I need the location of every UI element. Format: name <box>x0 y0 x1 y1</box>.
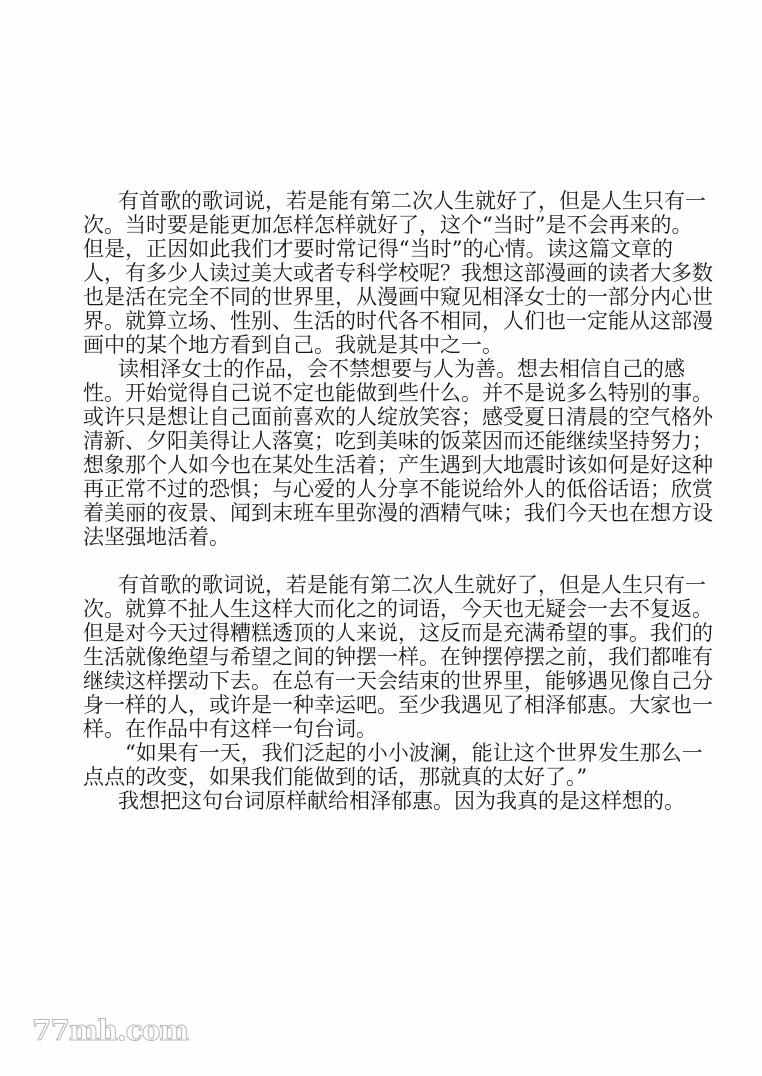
paragraph: 有首歌的歌词说，若是能有第二次人生就好了，但是人生只有一 次。当时要是能更加怎样… <box>83 189 673 357</box>
site-watermark: 77mh.com <box>32 1014 188 1047</box>
text-line: 生活就像绝望与希望之间的钟摆一样。在钟摆停摆之前，我们都唯有 <box>83 645 673 669</box>
text-line: “如果有一天，我们泛起的小小波澜，能让这个世界发生那么一 <box>83 741 673 765</box>
text-line: 身一样的人，或许是一种幸运吧。至少我遇见了相泽郁惠。大家也一 <box>83 693 673 717</box>
text-line: 但是对今天过得糟糕透顶的人来说，这反而是充满希望的事。我们的 <box>83 621 673 645</box>
text-line: 继续这样摆动下去。在总有一天会结束的世界里，能够遇见像自己分 <box>83 669 673 693</box>
text-line: 法坚强地活着。 <box>83 525 673 549</box>
text-line: 人，有多少人读过美大或者专科学校呢？我想这部漫画的读者大多数 <box>83 261 673 285</box>
text-line: 但是，正因如此我们才要时常记得“当时”的心情。读这篇文章的 <box>83 237 673 261</box>
text-line: 也是活在完全不同的世界里，从漫画中窥见相泽女士的一部分内心世 <box>83 285 673 309</box>
text-line: 有首歌的歌词说，若是能有第二次人生就好了，但是人生只有一 <box>83 189 673 213</box>
paragraph: 读相泽女士的作品，会不禁想要与人为善。想去相信自己的感 性。开始觉得自己说不定也… <box>83 357 673 549</box>
text-line: 或许只是想让自己面前喜欢的人绽放笑容；感受夏日清晨的空气格外 <box>83 405 673 429</box>
text-line: 着美丽的夜景、闻到末班车里弥漫的酒精气味；我们今天也在想方设 <box>83 501 673 525</box>
text-line: 再正常不过的恐惧；与心爱的人分享不能说给外人的低俗话语；欣赏 <box>83 477 673 501</box>
text-line: 有首歌的歌词说，若是能有第二次人生就好了，但是人生只有一 <box>83 573 673 597</box>
text-line: 点点的改变，如果我们能做到的话，那就真的太好了。” <box>83 765 673 789</box>
text-line: 我想把这句台词原样献给相泽郁惠。因为我真的是这样想的。 <box>83 789 673 813</box>
text-line: 读相泽女士的作品，会不禁想要与人为善。想去相信自己的感 <box>83 357 673 381</box>
document-body: 有首歌的歌词说，若是能有第二次人生就好了，但是人生只有一 次。当时要是能更加怎样… <box>83 189 673 813</box>
text-line: 次。就算不扯人生这样大而化之的词语，今天也无疑会一去不复返。 <box>83 597 673 621</box>
text-line: 想象那个人如今也在某处生活着；产生遇到大地震时该如何是好这种 <box>83 453 673 477</box>
text-line: 画中的某个地方看到自己。我就是其中之一。 <box>83 333 673 357</box>
paragraph: 我想把这句台词原样献给相泽郁惠。因为我真的是这样想的。 <box>83 789 673 813</box>
text-line: 性。开始觉得自己说不定也能做到些什么。并不是说多么特别的事。 <box>83 381 673 405</box>
text-line: 界。就算立场、性别、生活的时代各不相同，人们也一定能从这部漫 <box>83 309 673 333</box>
section-spacer <box>83 549 673 573</box>
text-line: 次。当时要是能更加怎样怎样就好了，这个“当时”是不会再来的。 <box>83 213 673 237</box>
text-line: 样。在作品中有这样一句台词。 <box>83 717 673 741</box>
text-line: 清新、夕阳美得让人落寞；吃到美味的饭菜因而还能继续坚持努力； <box>83 429 673 453</box>
document-page: 有首歌的歌词说，若是能有第二次人生就好了，但是人生只有一 次。当时要是能更加怎样… <box>0 0 762 1076</box>
paragraph: 有首歌的歌词说，若是能有第二次人生就好了，但是人生只有一 次。就算不扯人生这样大… <box>83 573 673 741</box>
quoted-line-paragraph: “如果有一天，我们泛起的小小波澜，能让这个世界发生那么一 点点的改变，如果我们能… <box>83 741 673 789</box>
